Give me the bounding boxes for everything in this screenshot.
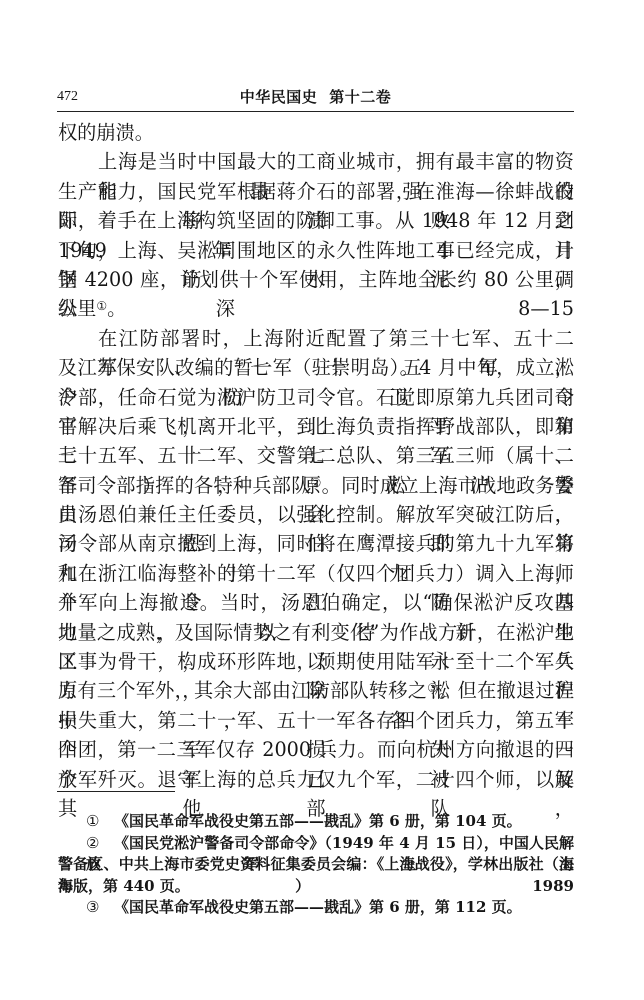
line-text: 公里 bbox=[58, 297, 96, 320]
text-line: 个团，第一二三军仅存 2000 兵力。而向杭州方向撤退的四个军已被解 bbox=[58, 735, 574, 764]
footnote-line: ③《国民革命军战役史第五部——戡乱》第 6 册，第 112 页。 bbox=[58, 897, 574, 919]
footnotes: ①《国民革命军战役史第五部——戡乱》第 6 册，第 104 页。②《国民党淞沪警… bbox=[58, 811, 574, 919]
text-line: 七十五军、五十二军、交警第二总队、第三五三师（属十二军），原淞沪警 bbox=[58, 441, 574, 470]
line-text: 原有三个军外，其余大部由江防部队转移之 bbox=[58, 679, 427, 702]
header-rule bbox=[57, 111, 574, 112]
text-line: 工事为骨干，构成环形阵地，预期使用陆军十至十二个军兵力，除淞沪 bbox=[58, 647, 574, 676]
text-line: 和在浙江临海整补的第十二军（仅四个团兵力）调入上海，并令江防四 bbox=[58, 559, 574, 588]
line-text: 权的崩溃。 bbox=[58, 121, 154, 144]
book-title: 中华民国史 bbox=[240, 88, 318, 106]
footnote-reference[interactable]: ③ bbox=[427, 681, 438, 695]
footnote-line: 警备区、中共上海市委党史资料征集委员会编：《上海战役》，学林出版社（上海）198… bbox=[58, 854, 574, 876]
text-line: 在江防部署时，上海附近配置了第三十七军、五十二军、七十五军， bbox=[58, 324, 574, 353]
text-line: 司令部从南京撤到上海，同时将在鹰潭接兵的第九十九军第九十九师 bbox=[58, 529, 574, 558]
text-line: 放军歼灭。退守上海的总兵力仅九个军，二十四个师，以及其他部队， bbox=[58, 765, 574, 794]
line-text: 堡 4200 座，计划供十个军使用，主阵地全长约 80 公里，纵深 8—15 bbox=[58, 268, 574, 320]
line-text: 。 bbox=[107, 297, 126, 320]
footnote-marker: ① bbox=[86, 811, 114, 833]
footnote-reference[interactable]: ① bbox=[96, 299, 107, 313]
footnote-marker: ③ bbox=[86, 897, 114, 919]
footnote-line: ②《国民党淞沪警备司令部命令》（1949 年 4 月 15 日），中国人民解放军… bbox=[58, 833, 574, 855]
text-line: 损失重大，第二十一军、五十一军各存四个团兵力，第五十四军损失一 bbox=[58, 706, 574, 735]
text-line: 个军向上海撤退。当时，汤恩伯确定，以“确保淞沪反攻基地，以待新生 bbox=[58, 588, 574, 617]
text-line: 备司令部指挥的各特种兵部队②。同时成立上海市战地政务委员会， bbox=[58, 471, 574, 500]
text-line: 由汤恩伯兼任主任委员，以强化控制。解放军突破江防后，汤恩伯即将 bbox=[58, 500, 574, 529]
page-header: 472 中华民国史第十二卷 bbox=[57, 88, 574, 106]
volume-label: 第十二卷 bbox=[329, 88, 391, 106]
text-line: 生产能力，国民党军根据蒋介石的部署，在淮海—徐蚌战役即将溃败之 bbox=[58, 177, 574, 206]
text-line: 平解决后乘飞机离开北平，到上海负责指挥野战部队，即第三十七军、 bbox=[58, 412, 574, 441]
text-line: 原有三个军外，其余大部由江防部队转移之③。但在撤退过程中，各军 bbox=[58, 676, 574, 705]
footnote-marker: ② bbox=[86, 833, 114, 855]
footnote-text: 《国民革命军战役史第五部——戡乱》第 6 册，第 112 页。 bbox=[114, 898, 522, 916]
running-title: 中华民国史第十二卷 bbox=[57, 88, 574, 106]
text-line: 力量之成熟，及国际情势之有利变化”为作战方针，在淞沪地区，以永久 bbox=[58, 618, 574, 647]
text-line: 及江苏保安队改编的暂一军（驻崇明岛）。4 月中旬，成立淞沪防卫司 bbox=[58, 353, 574, 382]
text-line: 令部，任命石觉为淞沪防卫司令官。石觉即原第九兵团司令官，北平和 bbox=[58, 383, 574, 412]
text-line: 际，着手在上海构筑坚固的防御工事。从 1948 年 12 月到 1949 年 4… bbox=[58, 206, 574, 235]
footnote-text: 《国民革命军战役史第五部——戡乱》第 6 册，第 104 页。 bbox=[114, 812, 522, 830]
footnote-text: 年版，第 440 页。 bbox=[58, 877, 190, 895]
text-line: 上海是当时中国最大的工商业城市，拥有最丰富的物资和最强的 bbox=[58, 147, 574, 176]
body-text: 权的崩溃。上海是当时中国最大的工商业城市，拥有最丰富的物资和最强的生产能力，国民… bbox=[58, 118, 574, 794]
text-line: 堡 4200 座，计划供十个军使用，主阵地全长约 80 公里，纵深 8—15 bbox=[58, 265, 574, 294]
footnote-rule bbox=[57, 791, 175, 792]
footnote-reference[interactable]: ② bbox=[311, 476, 322, 490]
line-text: 备司令部指挥的各特种兵部队 bbox=[58, 474, 311, 497]
text-line: 权的崩溃。 bbox=[58, 118, 574, 147]
text-line: 下旬，上海、吴淞周围地区的永久性阵地工事已经完成，计钢筋水泥碉 bbox=[58, 236, 574, 265]
footnote-line: ①《国民革命军战役史第五部——戡乱》第 6 册，第 104 页。 bbox=[58, 811, 574, 833]
